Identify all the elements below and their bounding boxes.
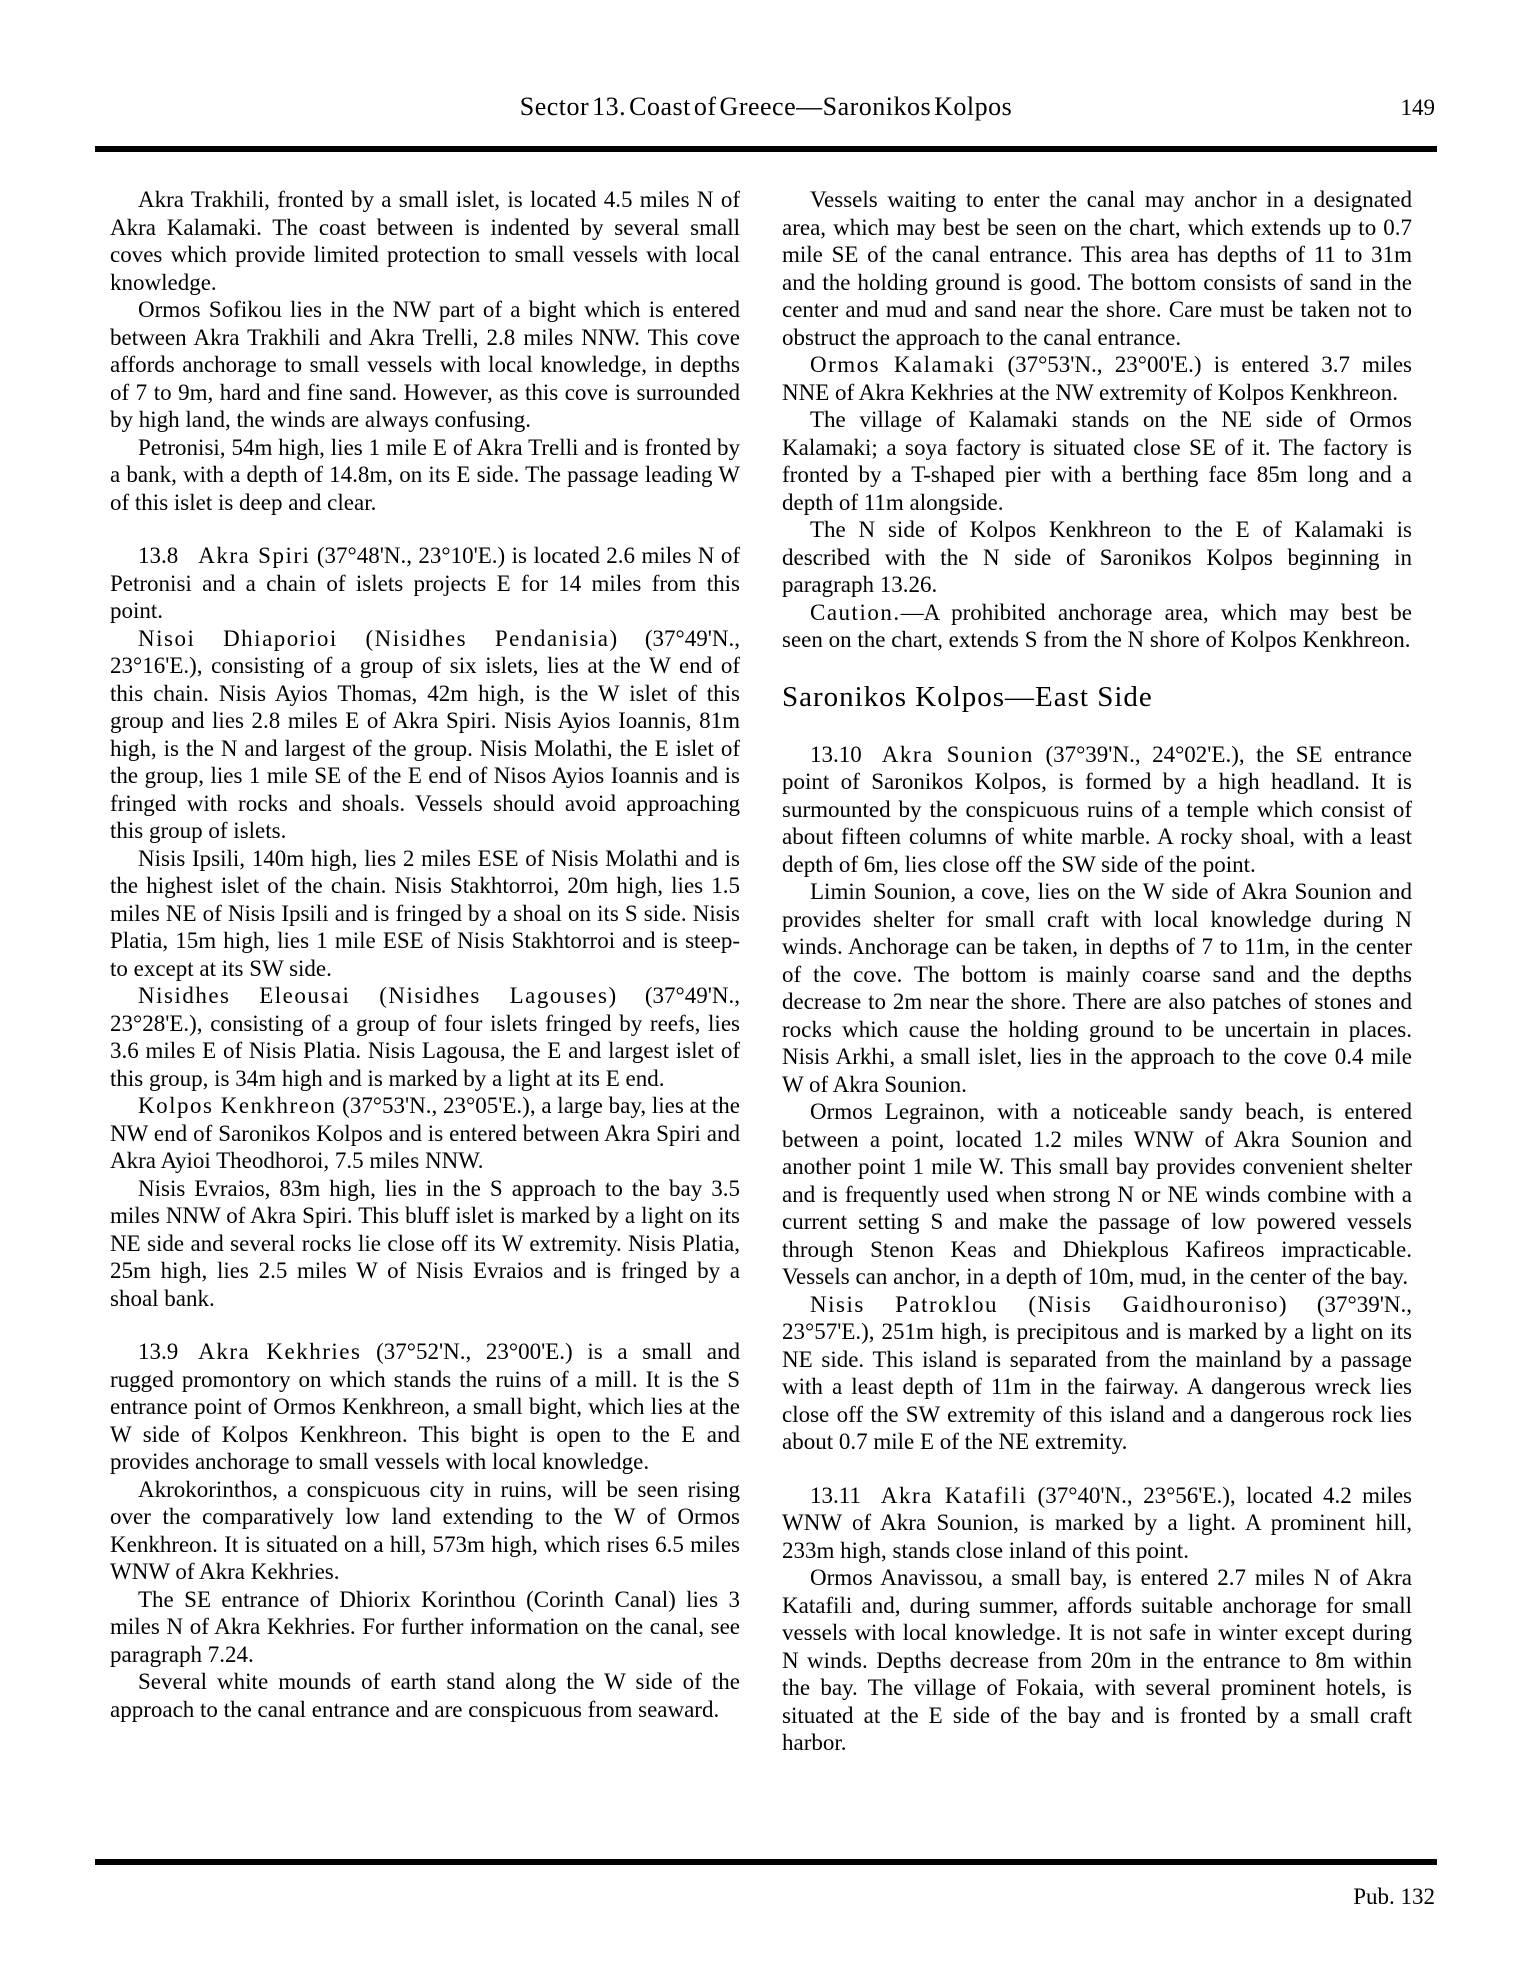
body-text: Nisis Ipsili, 140m high, lies 2 miles ES… (110, 846, 740, 981)
document-page: Sector 13. Coast of Greece—Saronikos Kol… (0, 0, 1530, 1980)
paragraph: 13.11Akra Katafili (37°40'N., 23°56'E.),… (782, 1482, 1412, 1565)
body-text: Nisis Evraios, 83m high, lies in the S a… (110, 1176, 740, 1311)
paragraph: Petronisi, 54m high, lies 1 mile E of Ak… (110, 434, 740, 517)
paragraph: Vessels waiting to enter the canal may a… (782, 186, 1412, 351)
left-column: Akra Trakhili, fronted by a small islet,… (110, 186, 740, 1723)
feature-name: Akra Spiri (198, 543, 310, 568)
paragraph-number: 13.11 (810, 1483, 861, 1508)
body-text: The N side of Kolpos Kenkhreon to the E … (782, 517, 1412, 597)
paragraph: The N side of Kolpos Kenkhreon to the E … (782, 516, 1412, 599)
feature-name: Nisidhes Eleousai (Nisidhes Lagouses) (138, 983, 618, 1008)
paragraph: Nisoi Dhiaporioi (Nisidhes Pendanisia) (… (110, 625, 740, 845)
body-text: Ormos Legrainon, with a noticeable sandy… (782, 1099, 1412, 1289)
feature-name: Ormos Kalamaki (810, 352, 995, 377)
section-heading: Saronikos Kolpos—East Side (782, 680, 1412, 714)
right-column: Vessels waiting to enter the canal may a… (782, 186, 1412, 1757)
feature-name: Nisis Patroklou (Nisis Gaidhouroniso) (810, 1292, 1288, 1317)
paragraph: Ormos Legrainon, with a noticeable sandy… (782, 1098, 1412, 1291)
paragraph: 13.8Akra Spiri (37°48'N., 23°10'E.) is l… (110, 542, 740, 625)
feature-name: Akra Sounion (882, 742, 1034, 767)
feature-name: Nisoi Dhiaporioi (Nisidhes Pendanisia) (138, 626, 619, 651)
paragraph: The village of Kalamaki stands on the NE… (782, 406, 1412, 516)
paragraph-number: 13.10 (810, 742, 862, 767)
feature-name: Kolpos Kenkhreon (138, 1093, 336, 1118)
body-text: Akrokorinthos, a conspicuous city in rui… (110, 1477, 740, 1585)
paragraph-number: 13.9 (138, 1339, 178, 1364)
paragraph: Ormos Anavissou, a small bay, is entered… (782, 1564, 1412, 1757)
feature-name: Caution. (810, 600, 901, 625)
body-text: Ormos Sofikou lies in the NW part of a b… (110, 297, 740, 432)
feature-name: Akra Katafili (881, 1483, 1027, 1508)
paragraph: Caution.—A prohibited anchorage area, wh… (782, 599, 1412, 654)
paragraph: Ormos Sofikou lies in the NW part of a b… (110, 296, 740, 434)
footer-rule (95, 1859, 1437, 1865)
header-rule (95, 146, 1437, 152)
paragraph: 13.9Akra Kekhries (37°52'N., 23°00'E.) i… (110, 1338, 740, 1476)
body-text: Petronisi, 54m high, lies 1 mile E of Ak… (110, 435, 740, 515)
paragraph: Akra Trakhili, fronted by a small islet,… (110, 186, 740, 296)
paragraph: Nisis Ipsili, 140m high, lies 2 miles ES… (110, 845, 740, 983)
body-text: Akra Trakhili, fronted by a small islet,… (110, 187, 740, 295)
paragraph: Ormos Kalamaki (37°53'N., 23°00'E.) is e… (782, 351, 1412, 406)
paragraph: 13.10Akra Sounion (37°39'N., 24°02'E.), … (782, 741, 1412, 879)
paragraph: Akrokorinthos, a conspicuous city in rui… (110, 1476, 740, 1586)
page-number: 149 (1401, 95, 1436, 121)
body-text: (37°40'N., 23°56'E.), located 4.2 miles … (782, 1483, 1412, 1563)
body-text: Ormos Anavissou, a small bay, is entered… (782, 1565, 1412, 1755)
body-text: The village of Kalamaki stands on the NE… (782, 407, 1412, 515)
paragraph: Kolpos Kenkhreon (37°53'N., 23°05'E.), a… (110, 1092, 740, 1175)
paragraph: Nisidhes Eleousai (Nisidhes Lagouses) (3… (110, 982, 740, 1092)
paragraph: Several white mounds of earth stand alon… (110, 1668, 740, 1723)
body-text: (37°39'N., 24°02'E.), the SE entrance po… (782, 742, 1412, 877)
body-text: Limin Sounion, a cove, lies on the W sid… (782, 879, 1412, 1097)
body-text: Vessels waiting to enter the canal may a… (782, 187, 1412, 350)
publication-number: Pub. 132 (1353, 1884, 1435, 1910)
paragraph: The SE entrance of Dhiorix Korinthou (Co… (110, 1586, 740, 1669)
body-text: The SE entrance of Dhiorix Korinthou (Co… (110, 1587, 740, 1667)
paragraph-number: 13.8 (138, 543, 178, 568)
paragraph: Nisis Patroklou (Nisis Gaidhouroniso) (3… (782, 1291, 1412, 1456)
feature-name: Akra Kekhries (198, 1339, 361, 1364)
body-text: Several white mounds of earth stand alon… (110, 1669, 740, 1722)
page-header-title: Sector 13. Coast of Greece—Saronikos Kol… (95, 92, 1437, 122)
paragraph: Nisis Evraios, 83m high, lies in the S a… (110, 1175, 740, 1313)
body-text: (37°49'N., 23°16'E.), consisting of a gr… (110, 626, 740, 844)
paragraph: Limin Sounion, a cove, lies on the W sid… (782, 878, 1412, 1098)
